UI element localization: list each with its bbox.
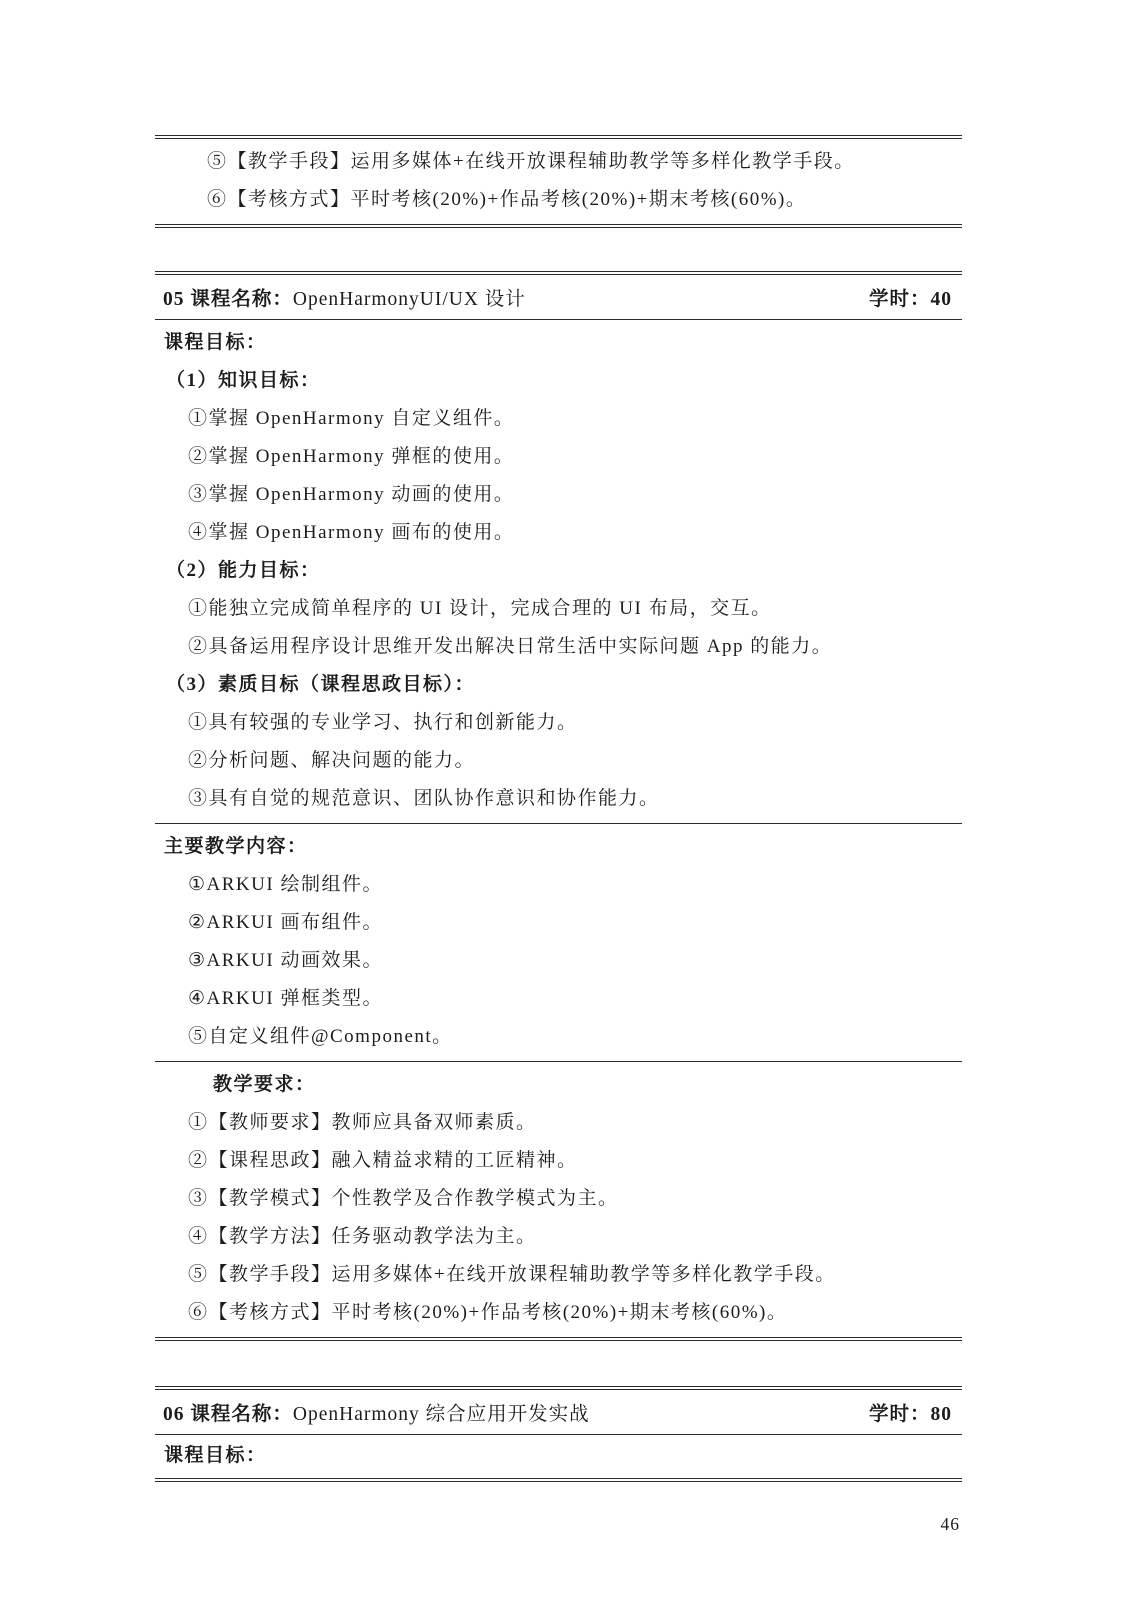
objective-group-title: （3）素质目标（课程思政目标）： [155, 666, 962, 704]
requirements-title: 教学要求： [155, 1066, 962, 1104]
course-05-requirements-section: 教学要求： ①【教师要求】教师应具备双师素质。 ②【课程思政】融入精益求精的工匠… [155, 1061, 962, 1337]
requirement-item: ④【教学方法】任务驱动教学法为主。 [155, 1218, 962, 1256]
course-name: OpenHarmonyUI/UX 设计 [293, 289, 526, 310]
syllabus-page: ⑤【教学手段】运用多媒体+在线开放课程辅助教学等多样化教学手段。 ⑥【考核方式】… [0, 0, 1131, 1600]
objective-item: ②分析问题、解决问题的能力。 [155, 742, 962, 780]
objectives-title: 课程目标： [155, 1437, 962, 1475]
course-hours: 学时：40 [869, 283, 952, 311]
course-05-header-row: 05 课程名称：OpenHarmonyUI/UX 设计 学时：40 [155, 275, 962, 320]
requirement-item: ③【教学模式】个性教学及合作教学模式为主。 [155, 1180, 962, 1218]
course-06-table: 06 课程名称：OpenHarmony 综合应用开发实战 学时：80 课程目标： [155, 1386, 962, 1482]
objective-item: ②掌握 OpenHarmony 弹框的使用。 [155, 438, 962, 476]
requirement-item: ⑥【考核方式】平时考核(20%)+作品考核(20%)+期末考核(60%)。 [155, 1294, 962, 1332]
content-title: 主要教学内容： [155, 828, 962, 866]
content-item: ④ARKUI 弹框类型。 [155, 980, 962, 1018]
content-item: ⑤自定义组件@Component。 [155, 1018, 962, 1056]
course-05-content-section: 主要教学内容： ①ARKUI 绘制组件。 ②ARKUI 画布组件。 ③ARKUI… [155, 823, 962, 1061]
objective-group-title: （1）知识目标： [155, 362, 962, 400]
table-gap [155, 228, 962, 271]
objective-item: ②具备运用程序设计思维开发出解决日常生活中实际问题 App 的能力。 [155, 628, 962, 666]
objective-item: ①掌握 OpenHarmony 自定义组件。 [155, 400, 962, 438]
content-item: ①ARKUI 绘制组件。 [155, 866, 962, 904]
course-05-table: 05 课程名称：OpenHarmonyUI/UX 设计 学时：40 课程目标： … [155, 271, 962, 1341]
requirement-item: ⑤【教学手段】运用多媒体+在线开放课程辅助教学等多样化教学手段。 [155, 143, 962, 181]
content-item: ②ARKUI 画布组件。 [155, 904, 962, 942]
requirement-item: ⑥【考核方式】平时考核(20%)+作品考核(20%)+期末考核(60%)。 [155, 181, 962, 219]
page-number: 46 [155, 1514, 962, 1535]
course-number-label: 05 课程名称： [163, 289, 293, 310]
prev-course-table-continuation: ⑤【教学手段】运用多媒体+在线开放课程辅助教学等多样化教学手段。 ⑥【考核方式】… [155, 135, 962, 228]
course-name: OpenHarmony 综合应用开发实战 [293, 1404, 590, 1425]
course-title: 05 课程名称：OpenHarmonyUI/UX 设计 [163, 283, 526, 311]
requirement-item: ②【课程思政】融入精益求精的工匠精神。 [155, 1142, 962, 1180]
course-06-header-row: 06 课程名称：OpenHarmony 综合应用开发实战 学时：80 [155, 1390, 962, 1435]
requirement-item: ①【教师要求】教师应具备双师素质。 [155, 1104, 962, 1142]
course-number-label: 06 课程名称： [163, 1404, 293, 1425]
objectives-title: 课程目标： [155, 324, 962, 362]
objective-item: ①具有较强的专业学习、执行和创新能力。 [155, 704, 962, 742]
prev-course-requirements: ⑤【教学手段】运用多媒体+在线开放课程辅助教学等多样化教学手段。 ⑥【考核方式】… [155, 139, 962, 224]
course-title: 06 课程名称：OpenHarmony 综合应用开发实战 [163, 1398, 590, 1426]
table-gap [155, 1341, 962, 1386]
requirement-item: ⑤【教学手段】运用多媒体+在线开放课程辅助教学等多样化教学手段。 [155, 1256, 962, 1294]
objective-item: ④掌握 OpenHarmony 画布的使用。 [155, 514, 962, 552]
course-05-objectives-section: 课程目标： （1）知识目标： ①掌握 OpenHarmony 自定义组件。 ②掌… [155, 320, 962, 823]
objective-group-title: （2）能力目标： [155, 552, 962, 590]
objective-item: ③掌握 OpenHarmony 动画的使用。 [155, 476, 962, 514]
objective-item: ③具有自觉的规范意识、团队协作意识和协作能力。 [155, 780, 962, 818]
course-hours: 学时：80 [869, 1398, 952, 1426]
objective-item: ①能独立完成简单程序的 UI 设计，完成合理的 UI 布局，交互。 [155, 590, 962, 628]
course-06-objectives-section: 课程目标： [155, 1435, 962, 1478]
content-item: ③ARKUI 动画效果。 [155, 942, 962, 980]
